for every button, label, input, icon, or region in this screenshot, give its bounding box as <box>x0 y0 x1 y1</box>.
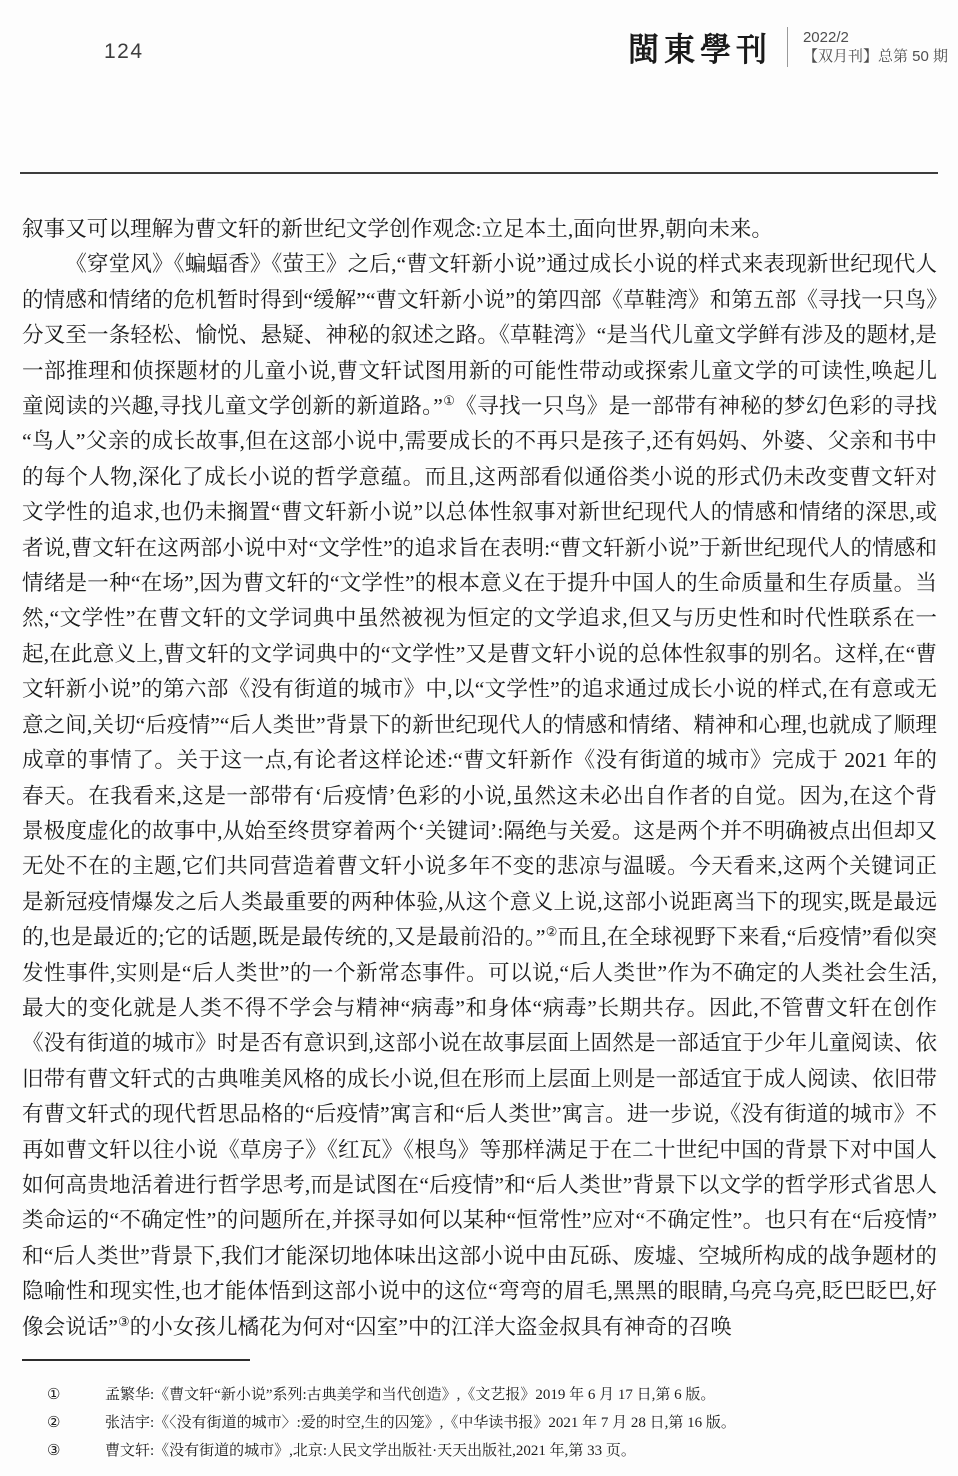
page-number: 124 <box>104 40 144 64</box>
issue-detail: 【双月刊】总第 50 期 <box>803 47 948 66</box>
footnote-ref: ① <box>443 393 455 408</box>
header-rule <box>20 172 938 174</box>
journal-logo: 閩東學刊 <box>628 23 772 70</box>
footnote-item: ③曹文轩:《没有街道的城市》,北京:人民文学出版社·天天出版社,2021 年,第… <box>22 1437 937 1465</box>
paragraph: 叙事又可以理解为曹文轩的新世纪文学创作观念:立足本土,面向世界,朝向未来。 <box>22 212 937 247</box>
body-text: 叙事又可以理解为曹文轩的新世纪文学创作观念:立足本土,面向世界,朝向未来。《穿堂… <box>22 212 937 1345</box>
footnote-text: 曹文轩:《没有街道的城市》,北京:人民文学出版社·天天出版社,2021 年,第 … <box>105 1437 937 1465</box>
journal-header: 閩東學刊 2022/2 【双月刊】总第 50 期 <box>628 24 948 69</box>
footnote-text: 孟繁华:《曹文轩“新小说”系列:古典美学和当代创造》,《文艺报》2019 年 6… <box>105 1381 937 1409</box>
footnote-ref: ② <box>546 924 558 939</box>
footnote-marker: ③ <box>47 1437 105 1465</box>
footnote-ref: ③ <box>118 1313 130 1328</box>
footnote-item: ②张洁宇:《〈没有街道的城市〉:爱的时空,生的囚笼》,《中华读书报》2021 年… <box>22 1409 937 1437</box>
footnote-separator <box>22 1359 250 1361</box>
footnotes: ①孟繁华:《曹文轩“新小说”系列:古典美学和当代创造》,《文艺报》2019 年 … <box>22 1381 937 1465</box>
issue-number: 2022/2 <box>803 28 948 47</box>
issue-info: 2022/2 【双月刊】总第 50 期 <box>803 28 948 66</box>
footnote-marker: ② <box>47 1409 105 1437</box>
footnote-item: ①孟繁华:《曹文轩“新小说”系列:古典美学和当代创造》,《文艺报》2019 年 … <box>22 1381 937 1409</box>
footnote-marker: ① <box>47 1381 105 1409</box>
footnote-text: 张洁宇:《〈没有街道的城市〉:爱的时空,生的囚笼》,《中华读书报》2021 年 … <box>105 1409 937 1437</box>
paragraph: 《穿堂风》《蝙蝠香》《萤王》之后,“曹文轩新小说”通过成长小说的样式来表现新世纪… <box>22 247 937 1345</box>
journal-page: 124 閩東學刊 2022/2 【双月刊】总第 50 期 叙事又可以理解为曹文轩… <box>0 0 958 1476</box>
header-divider <box>787 27 788 67</box>
